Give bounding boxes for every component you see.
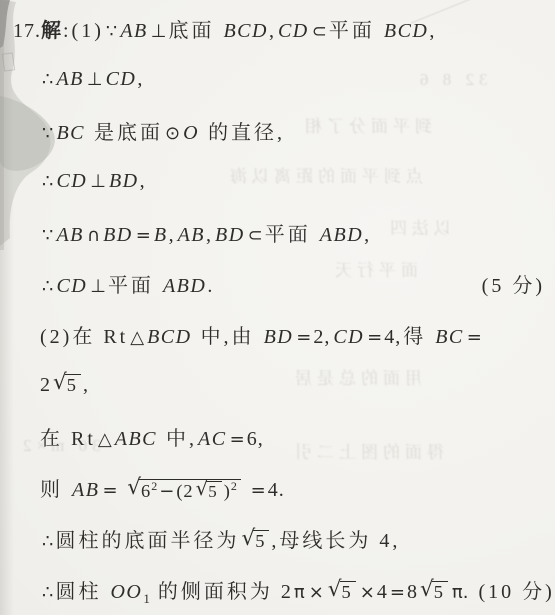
text-segment: − xyxy=(157,481,176,502)
text-segment: (2 xyxy=(176,481,193,501)
solution-line-6: ∴CD⊥平面 ABD.(5 分) xyxy=(0,258,555,309)
text-segment: 圆柱的底面半径为 xyxy=(55,530,239,552)
text-segment: , xyxy=(206,224,214,246)
line-content: ∴AB⊥CD, xyxy=(40,68,145,91)
text-segment: O xyxy=(182,122,200,144)
radical-sign: √ xyxy=(196,479,209,499)
text-segment: π xyxy=(292,582,307,603)
text-segment: ⊥ xyxy=(88,171,108,192)
text-segment: 6 xyxy=(141,481,151,501)
line-content: 2√5, xyxy=(40,374,91,397)
text-segment: BCD xyxy=(146,326,193,348)
text-segment: = xyxy=(134,225,153,246)
text-segment: 5 xyxy=(67,375,77,395)
text-segment: ⊙ xyxy=(163,123,182,144)
radicand: 5 xyxy=(253,530,269,551)
text-segment: = xyxy=(465,327,484,348)
text-segment: 平面 xyxy=(108,275,162,297)
text-segment: , xyxy=(429,20,437,42)
solution-line-10: 则 AB= √62−(2√5)2 =4. xyxy=(0,462,555,513)
text-segment: ∴ xyxy=(40,276,55,297)
line-content: ∴CD⊥BD, xyxy=(40,170,148,193)
solution-line-1: 17.解:(1)∵AB⊥底面 BCD,CD⊂平面 BCD, xyxy=(0,3,555,54)
text-segment: (10 分) xyxy=(470,581,554,603)
text-segment: B xyxy=(153,224,169,246)
radicand: 5 xyxy=(432,581,448,602)
text-segment: CD xyxy=(55,170,88,192)
radical-sign: √ xyxy=(420,579,434,601)
text-segment: . xyxy=(207,275,213,297)
line-content: ∴圆柱的底面半径为√5,母线长为 4, xyxy=(40,524,400,553)
solution-line-9: 在 Rt△ABC 中,AC=6, xyxy=(0,411,555,462)
text-segment: 5 xyxy=(342,582,352,602)
solution-line-11: ∴圆柱的底面半径为√5,母线长为 4, xyxy=(0,513,555,564)
text-segment: , xyxy=(269,20,277,42)
text-segment: 2 xyxy=(231,479,237,493)
text-segment: BD xyxy=(263,326,295,348)
radicand: 5 xyxy=(340,581,356,602)
text-segment: 5 xyxy=(208,482,217,501)
score-note: (5 分) xyxy=(482,269,545,298)
text-segment: BCD xyxy=(222,20,269,42)
text-segment: ∴ xyxy=(40,171,55,192)
text-segment: , xyxy=(258,428,266,450)
scanned-solution-page: { "page": { "background": "#f3f2ee", "in… xyxy=(0,0,555,615)
text-segment: = xyxy=(294,327,313,348)
line-content: 在 Rt△ABC 中,AC=6, xyxy=(40,422,266,451)
text-segment: ∴ xyxy=(40,531,55,552)
text-segment: 4. xyxy=(268,479,285,501)
solution-line-5: ∵AB∩BD=B,AB,BD⊂平面 ABD, xyxy=(0,207,555,258)
sqrt-radical: √5 xyxy=(196,481,222,501)
text-segment: AB xyxy=(119,20,148,42)
text-segment: BCD xyxy=(383,20,430,42)
text-segment: ⊥ xyxy=(149,21,169,42)
text-segment: 是底面 xyxy=(86,122,163,144)
text-segment: 的侧面积为 xyxy=(150,581,281,603)
text-segment: 5 xyxy=(255,531,265,551)
text-segment: BD xyxy=(102,224,134,246)
text-segment: OO xyxy=(109,581,143,603)
radicand: 62−(2√5)2 xyxy=(139,479,241,502)
line-content: ∵BC 是底面⊙O 的直径, xyxy=(40,116,285,145)
text-segment: × xyxy=(307,582,326,603)
text-segment: 8 xyxy=(407,581,418,603)
text-segment: ∴ xyxy=(40,69,55,90)
text-segment: CD xyxy=(105,68,138,90)
text-segment: △ xyxy=(128,327,146,348)
solution-line-12: ∴圆柱 OO1 的侧面积为 2π×√5×4=8√5π. (10 分) xyxy=(0,564,555,615)
text-segment: ∵ xyxy=(104,21,119,42)
text-segment: = xyxy=(243,480,268,501)
radical-sign: √ xyxy=(53,372,67,394)
text-segment: ,得 xyxy=(395,326,434,348)
text-segment: ABD xyxy=(319,224,364,246)
text-segment: ABC xyxy=(114,428,158,450)
text-segment: ⊂ xyxy=(246,225,265,246)
solution-text: 17.解:(1)∵AB⊥底面 BCD,CD⊂平面 BCD,∴AB⊥CD,∵BC … xyxy=(0,0,555,615)
sqrt-radical: √5 xyxy=(53,374,81,396)
sqrt-radical: √5 xyxy=(420,581,448,603)
text-segment: ) xyxy=(224,481,231,501)
text-segment: 圆柱 xyxy=(55,581,109,603)
text-segment: 6 xyxy=(247,428,258,450)
sqrt-radical: √62−(2√5)2 xyxy=(127,479,241,502)
line-content: ∴CD⊥平面 ABD. xyxy=(40,269,213,298)
text-segment: 平面 xyxy=(329,20,383,42)
radical-sign: √ xyxy=(328,579,342,601)
text-segment: 在 Rt xyxy=(40,428,96,450)
line-content: ∵AB∩BD=B,AB,BD⊂平面 ABD, xyxy=(40,218,372,247)
text-segment: CD xyxy=(277,20,310,42)
text-segment: , xyxy=(169,224,177,246)
text-segment: △ xyxy=(96,429,114,450)
text-segment: BC xyxy=(55,122,86,144)
text-segment: 中,由 xyxy=(193,326,263,348)
text-segment: BC xyxy=(434,326,465,348)
radical-sign: √ xyxy=(241,528,255,550)
text-segment: ∵ xyxy=(40,123,55,144)
text-segment: = xyxy=(228,429,247,450)
text-segment: , xyxy=(83,374,91,396)
text-segment: 2 xyxy=(151,479,157,493)
text-segment: 中, xyxy=(158,428,197,450)
text-segment: 2 xyxy=(281,581,292,603)
text-segment: 2 xyxy=(313,326,324,348)
text-segment: AB xyxy=(55,224,84,246)
text-segment: 5 xyxy=(434,582,444,602)
text-segment: 平面 xyxy=(265,224,319,246)
sqrt-radical: √5 xyxy=(241,530,269,552)
text-segment: , xyxy=(137,68,145,90)
text-segment: (2)在 Rt xyxy=(40,326,128,348)
text-segment: 底面 xyxy=(168,20,222,42)
line-content: 则 AB= √62−(2√5)2 =4. xyxy=(40,473,285,502)
text-segment: (5 分) xyxy=(482,275,545,297)
text-segment: = xyxy=(100,480,125,501)
solution-line-2: ∴AB⊥CD, xyxy=(0,54,555,105)
text-segment: = xyxy=(365,327,384,348)
text-segment: ⊥ xyxy=(88,276,108,297)
solution-line-4: ∴CD⊥BD, xyxy=(0,156,555,207)
text-segment: BD xyxy=(214,224,246,246)
text-segment: 2 xyxy=(40,374,51,396)
line-content: ∴圆柱 OO1 的侧面积为 2π×√5×4=8√5π. (10 分) xyxy=(40,575,555,604)
text-segment: AC xyxy=(197,428,228,450)
text-segment: 的直径, xyxy=(200,122,285,144)
radicand: 5 xyxy=(65,374,81,395)
text-segment: ∵ xyxy=(40,225,55,246)
text-segment: CD xyxy=(55,275,88,297)
text-segment: :(1) xyxy=(63,20,104,42)
text-segment: ∩ xyxy=(85,225,102,246)
line-content: 17.解:(1)∵AB⊥底面 BCD,CD⊂平面 BCD, xyxy=(13,14,437,43)
solution-line-3: ∵BC 是底面⊙O 的直径, xyxy=(0,105,555,156)
text-segment: 17. xyxy=(13,20,41,42)
text-segment: ⊥ xyxy=(85,69,105,90)
text-segment: 4 xyxy=(377,581,388,603)
text-segment: AB xyxy=(177,224,206,246)
text-segment: × xyxy=(358,582,377,603)
text-segment: AB xyxy=(71,479,100,501)
text-segment: π. xyxy=(450,582,471,603)
text-segment: ,母线长为 4, xyxy=(271,530,400,552)
text-segment: CD xyxy=(332,326,365,348)
text-segment: 1 xyxy=(143,591,150,606)
text-segment: 4 xyxy=(384,326,395,348)
text-segment: , xyxy=(140,170,148,192)
text-segment: ⊂ xyxy=(310,21,329,42)
solution-line-8: 2√5, xyxy=(0,360,555,411)
radical-sign: √ xyxy=(127,477,141,499)
sqrt-radical: √5 xyxy=(328,581,356,603)
text-segment: ∴ xyxy=(40,582,55,603)
text-segment: = xyxy=(388,582,407,603)
text-segment: 则 xyxy=(40,479,71,501)
text-segment: ABD xyxy=(162,275,207,297)
text-segment: AB xyxy=(55,68,84,90)
solution-line-7: (2)在 Rt△BCD 中,由 BD=2,CD=4,得 BC= xyxy=(0,309,555,360)
line-content: (2)在 Rt△BCD 中,由 BD=2,CD=4,得 BC= xyxy=(40,320,484,349)
text-segment: BD xyxy=(108,170,140,192)
text-segment: , xyxy=(364,224,372,246)
text-segment: 解 xyxy=(41,20,63,42)
